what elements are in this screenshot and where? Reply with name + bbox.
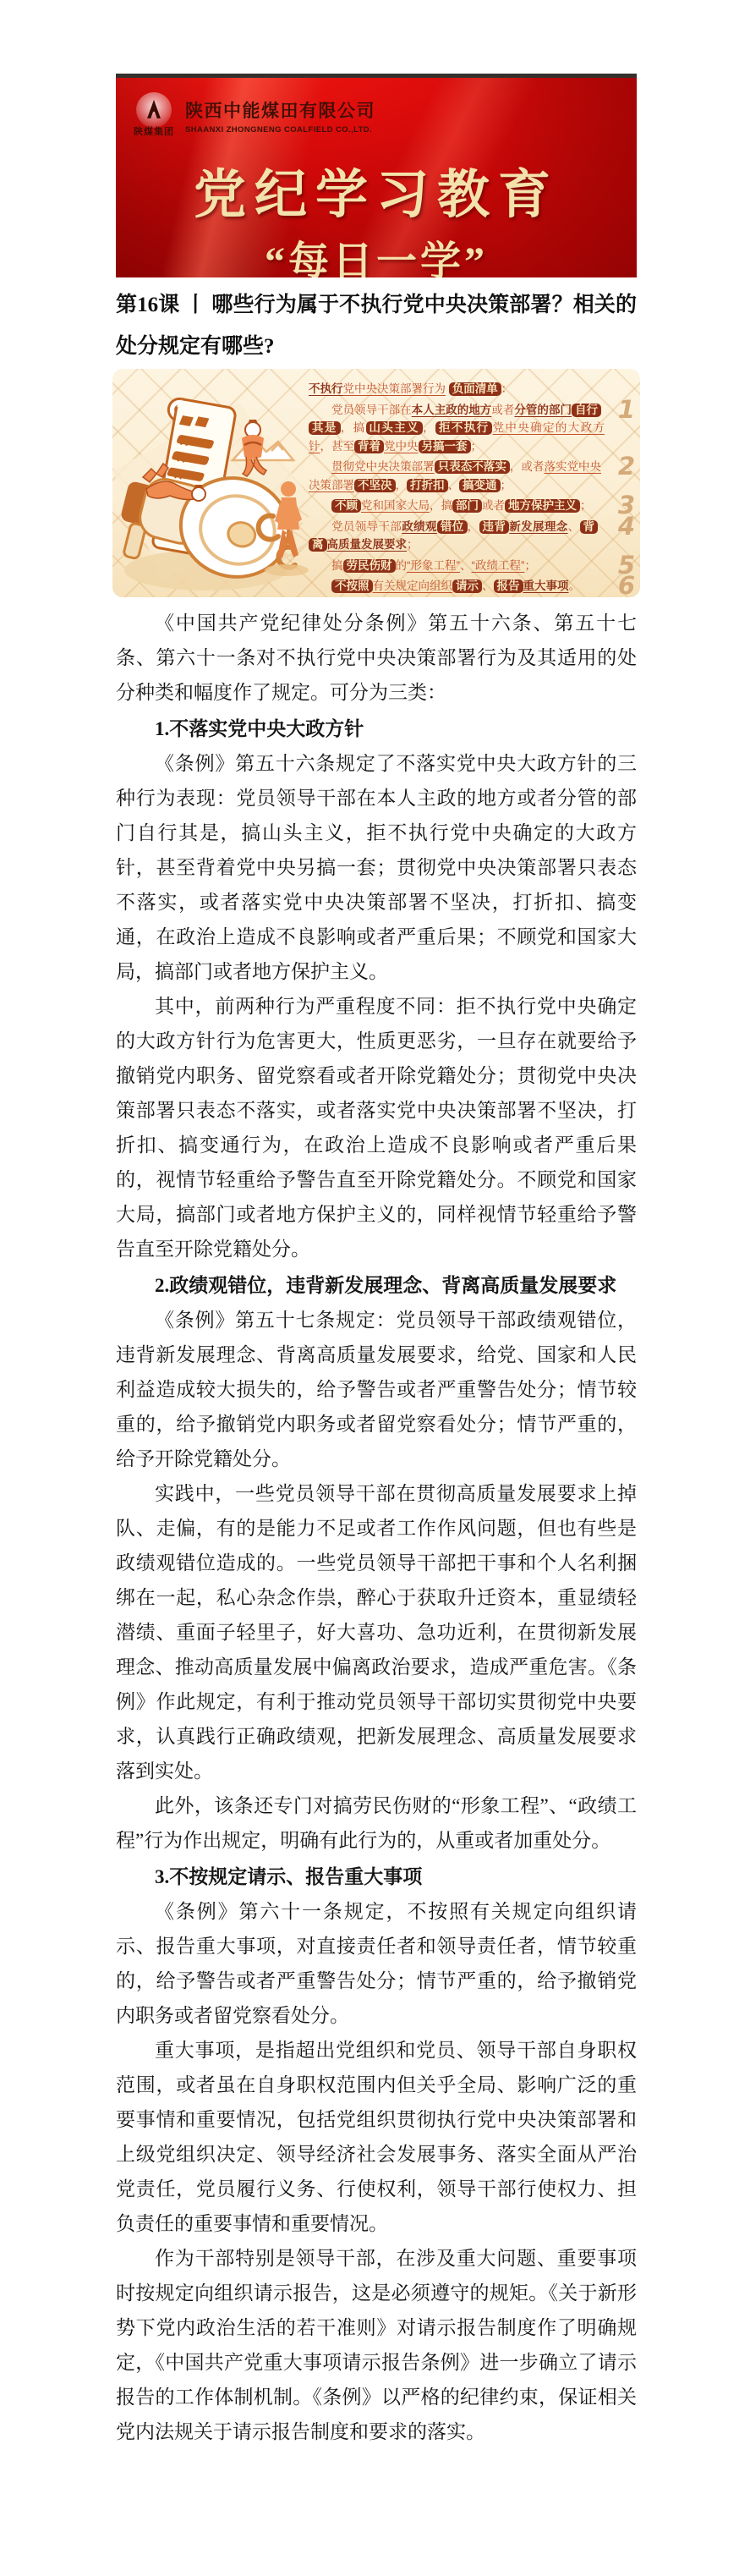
negative-list-item: 党员领导干部在本人主政的地方或者分管的部门自行其是，搞山头主义，拒不执行党中央确… <box>309 401 601 456</box>
company-logo-block: 陕煤集团 陕西中能煤田有限公司 SHAANXI ZHONGNENG COALFI… <box>129 92 375 138</box>
company-name-cn: 陕西中能煤田有限公司 <box>185 97 375 123</box>
negative-list-item: 贯彻党中央决策部署只表态不落实，或者落实党中央决策部署不坚决，打折扣、搞变通；2 <box>309 458 601 494</box>
section-heading: 3.不按规定请示、报告重大事项 <box>116 1859 637 1894</box>
announcement-illustration-icon <box>112 369 309 597</box>
negative-list-item: 不按照有关规定向组织请示、报告重大事项。6 <box>309 577 601 596</box>
item-number: 6 <box>618 574 635 597</box>
paragraph: 《条例》第五十六条规定了不落实党中央大政方针的三种行为表现：党员领导干部在本人主… <box>116 746 637 989</box>
logo-group-label: 陕煤集团 <box>129 124 178 138</box>
mountain-emblem-icon <box>141 97 167 123</box>
company-logo-icon <box>136 92 172 128</box>
negative-list-infographic: 不执行党中央决策部署行为 负面清单：党员领导干部在本人主政的地方或者分管的部门自… <box>112 369 640 597</box>
paragraph: 此外，该条还专门对搞劳民伤财的“形象工程”、“政绩工程”行为作出规定，明确有此行… <box>116 1788 637 1858</box>
paragraph: 《条例》第六十一条规定，不按照有关规定向组织请示、报告重大事项，对直接责任者和领… <box>116 1894 637 2033</box>
banner-subtitle: “每日一学” <box>116 228 637 277</box>
paragraph: 其中，前两种行为严重程度不同：拒不执行党中央确定的大政方针行为危害更大，性质更恶… <box>116 989 637 1266</box>
item-number: 1 <box>618 398 635 422</box>
article-body: 《中国共产党纪律处分条例》第五十六条、第五十七条、第六十一条对不执行党中央决策部… <box>116 606 637 2449</box>
header-banner: 陕煤集团 陕西中能煤田有限公司 SHAANXI ZHONGNENG COALFI… <box>116 78 637 277</box>
article-page: 陕煤集团 陕西中能煤田有限公司 SHAANXI ZHONGNENG COALFI… <box>0 0 750 2576</box>
paragraph: 作为干部特别是领导干部，在涉及重大问题、重要事项时按规定向组织请示报告，这是必须… <box>116 2241 637 2449</box>
item-number: 4 <box>618 514 635 539</box>
infographic-heading: 不执行党中央决策部署行为 负面清单： <box>309 380 601 398</box>
paragraph: 《中国共产党纪律处分条例》第五十六条、第五十七条、第六十一条对不执行党中央决策部… <box>116 606 637 710</box>
section-heading: 2.政绩观错位，违背新发展理念、背离高质量发展要求 <box>116 1268 637 1303</box>
section-heading: 1.不落实党中央大政方针 <box>116 711 637 746</box>
paragraph: 重大事项，是指超出党组织和党员、领导干部自身职权范围，或者虽在自身职权范围内但关… <box>116 2033 637 2241</box>
item-number: 2 <box>618 454 635 479</box>
paragraph: 实践中，一些党员领导干部在贯彻高质量发展要求上掉队、走偏，有的是能力不足或者工作… <box>116 1476 637 1788</box>
negative-list-item: 不顾党和国家大局，搞部门或者地方保护主义；3 <box>309 497 601 515</box>
negative-list-item: 搞劳民伤财的“形象工程”、“政绩工程”；5 <box>309 557 601 575</box>
negative-list-item: 党员领导干部政绩观错位，违背新发展理念、背离高质量发展要求；4 <box>309 518 601 554</box>
article-title: 第16课 丨 哪些行为属于不执行党中央决策部署？相关的处分规定有哪些? <box>116 284 637 367</box>
banner-title: 党纪学习教育 <box>116 152 637 228</box>
paragraph: 《条例》第五十七条规定：党员领导干部政绩观错位，违背新发展理念、背离高质量发展要… <box>116 1303 637 1476</box>
company-name-en: SHAANXI ZHONGNENG COALFIELD CO.,LTD. <box>185 125 375 135</box>
infographic-text: 不执行党中央决策部署行为 负面清单：党员领导干部在本人主政的地方或者分管的部门自… <box>309 380 601 597</box>
